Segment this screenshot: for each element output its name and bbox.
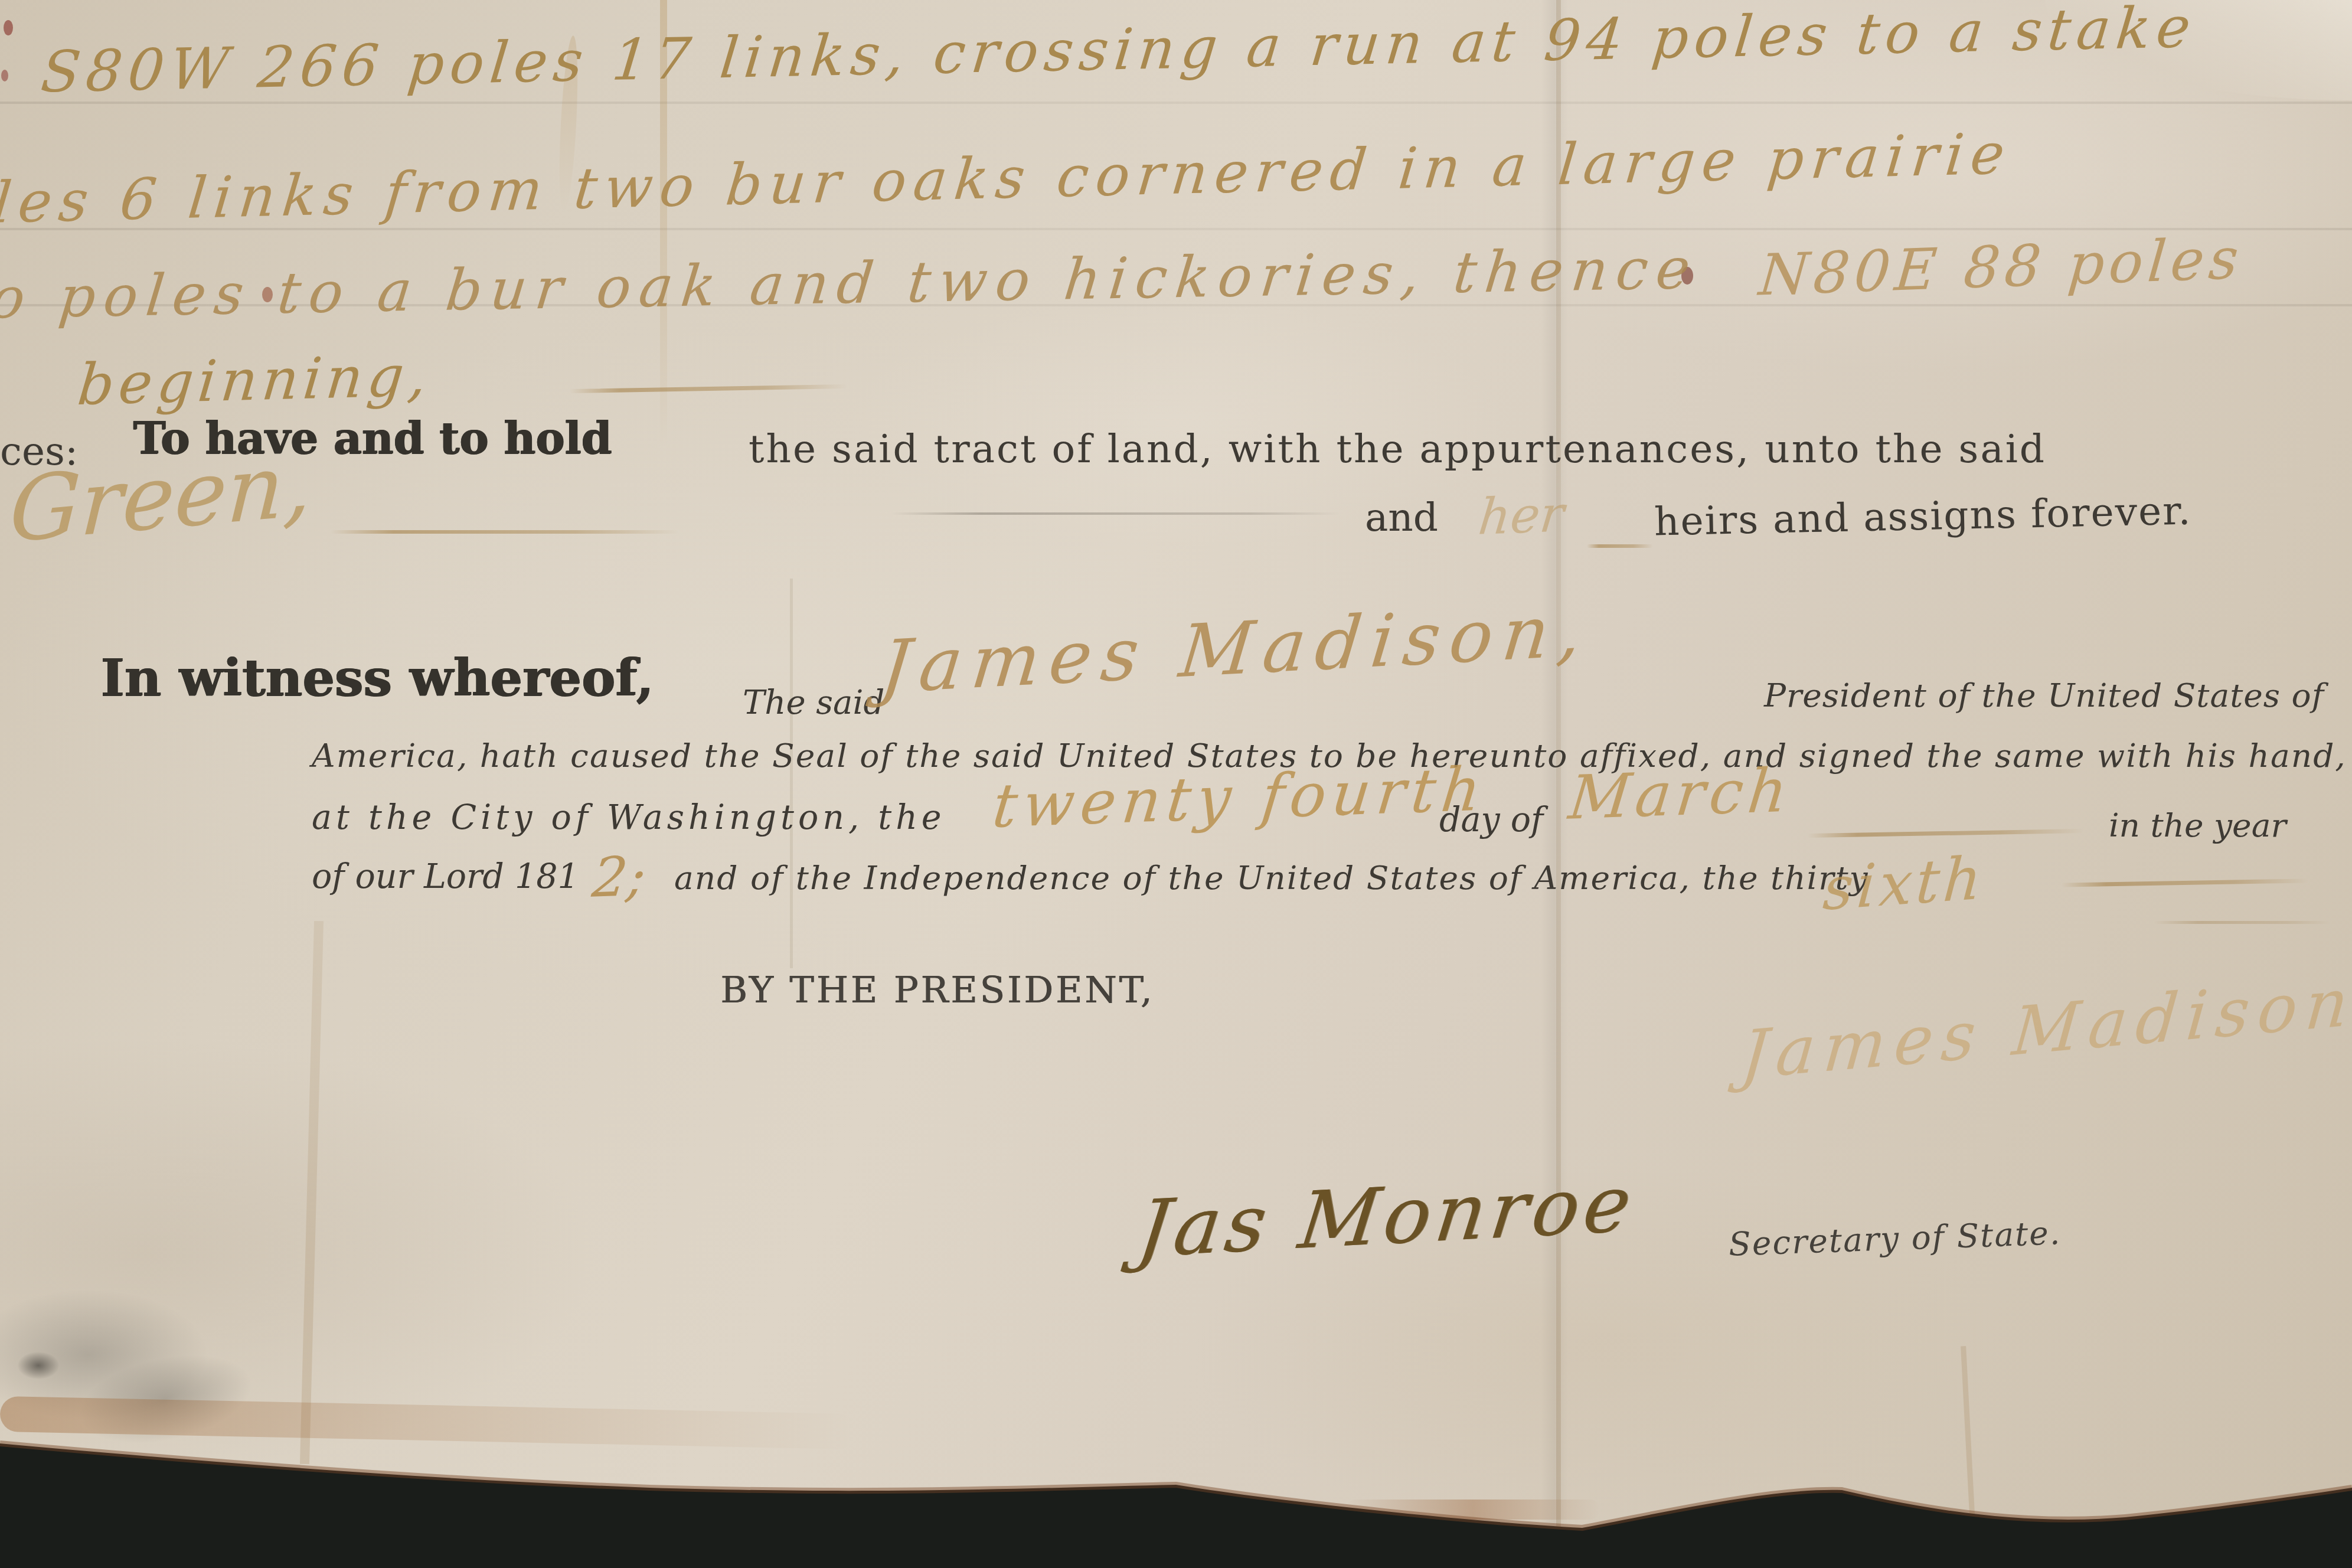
fold-crease [1961,1346,1977,1547]
red-speck [1,70,8,81]
ink-dash [2154,921,2331,924]
parchment-document: S80W 266 poles 17 links, crossing a run … [0,0,2352,1568]
president-name-fill: James Madison, [877,588,1595,710]
secretary-title-label: Secretary of State. [1728,1214,2062,1263]
habendum-conjunction: and [1365,495,1438,540]
by-the-president-label: BY THE PRESIDENT, [720,968,1154,1011]
year-digit-fill: 2; [589,844,649,910]
fold-crease [300,921,324,1464]
habendum-body: the said tract of land, with the appurte… [749,426,2046,472]
ink-dash [1587,544,1653,548]
ink-blot [18,1352,59,1379]
ink-dash [570,384,847,393]
month-fill: March [1566,755,1795,834]
ruled-line [0,228,2352,230]
the-said-label: The said [743,684,884,722]
pencil-line [891,512,1340,515]
survey-line-1: S80W 266 poles 17 links, crossing a run … [38,0,2200,105]
testimonium-opening: In witness whereof, [100,648,654,708]
survey-line-3b: N80E 88 poles [1756,225,2246,308]
testimonium-line3-lead: at the City of Washington, the [312,798,946,837]
ink-dash [2062,878,2308,887]
habendum-tail: heirs and assigns forever. [1654,488,2192,544]
survey-line-2: les 6 links from two bur oaks cornered i… [0,120,2014,236]
testimonium-line4-lead: of our Lord 181 [312,857,579,896]
independence-ordinal-fill: sixth [1821,843,1987,924]
ruled-line [0,102,2352,104]
testimonium-line4-body: and of the Independence of the United St… [674,859,1869,897]
testimonium-line1-tail: President of the United States of [1764,677,2324,714]
president-signature: James Madison [1738,963,2352,1095]
survey-line-4: beginning, [75,342,435,418]
day-of-label: day of [1439,801,1543,839]
ink-dash [1808,829,2084,838]
testimonium-line3-tail: in the year [2109,806,2286,844]
pronoun-fill: her [1476,485,1567,545]
ink-dash [331,530,679,534]
red-speck [4,20,13,35]
rust-stain-band [1346,1500,1600,1520]
survey-line-3a: o poles to a bur oak and two hickories, … [0,236,1701,332]
